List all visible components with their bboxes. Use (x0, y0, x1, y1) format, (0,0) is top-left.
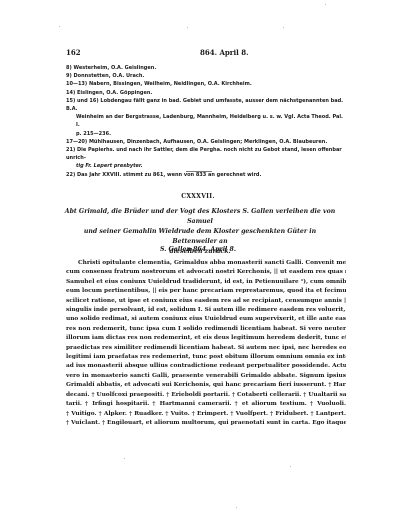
scan-speck (290, 466, 291, 467)
footnote-text: Nabern, Bissingen, Weilheim, Neidlingen,… (89, 81, 252, 87)
title-line: und seiner Gemahlin Wieldrude dem Kloste… (64, 227, 336, 247)
body-line: Christi opitulante clementia, Grimaldus … (66, 259, 346, 268)
scan-speck (59, 26, 60, 27)
footnote: 21) Die Papierhs. und nach ihr Sattler, … (66, 146, 346, 162)
body-line: cum consensu fratrum nostrorum et advoca… (66, 268, 346, 277)
footnote: 8) Westerheim, O.A. Geislingen. (66, 64, 346, 72)
scan-speck (325, 4, 326, 5)
footnote: 17—20) Mühlhausen, Dinzenbach, Aufhausen… (66, 138, 346, 146)
running-head: 864. April 8. (200, 48, 249, 57)
footnote-text: Das Jahr XXVIII. stimmt zu 861, wenn von… (77, 172, 261, 178)
document-page: 162 864. April 8. 8) Westerheim, O.A. Ge… (0, 0, 396, 512)
body-line: Grimaldi abbatis, et advocati sui Kerich… (66, 381, 346, 390)
body-line: † Vuitigo. † Alpker. † Ruadker. † Vuito.… (66, 410, 346, 419)
body-line: illorum iam dictas res non redemerint, e… (66, 334, 346, 343)
footnote-text: Mühlhausen, Dinzenbach, Aufhausen, O.A. … (89, 139, 327, 145)
body-line: praedictas res similiter redimendi licen… (66, 344, 346, 353)
footnote-number: 14) (66, 90, 75, 96)
body-line: singulis inde persolvant, id est, solidu… (66, 306, 346, 315)
body-line: decani. † Uuolfcoxi praepositi. † Eriebo… (66, 391, 346, 400)
footnote-text: Eislingen, O.A. Göppingen. (77, 90, 152, 96)
footnote-number: 10—13) (66, 81, 87, 87)
scan-speck (187, 27, 188, 28)
footnote-italic-text: tig Fr. Lepert presbyter. (76, 163, 143, 169)
body-line: uno solido redimat, si autem coniunx eiu… (66, 315, 346, 324)
footnote: 10—13) Nabern, Bissingen, Weilheim, Neid… (66, 80, 346, 88)
body-line: Samuhel et eius coniunx Uuieldrud tradid… (66, 278, 346, 287)
footnote-text: Die Papierhs. und nach ihr Sattler, dem … (66, 147, 342, 161)
section-divider-rule (186, 171, 212, 172)
title-line: Abt Grimald, die Brüder und der Vogt des… (64, 207, 336, 227)
footnote: 9) Donnstetten, O.A. Urach. (66, 72, 346, 80)
page-number: 162 (66, 48, 81, 57)
body-line: tarii. † Irfingi hospitarii. † Hartmanni… (66, 400, 346, 409)
page-header: 162 864. April 8. (66, 48, 346, 58)
body-line: res non redemerit, tunc ipsa cum I solid… (66, 325, 346, 334)
scan-speck (124, 458, 125, 459)
footnote-text: Westerheim, O.A. Geislingen. (74, 65, 157, 71)
scan-speck (236, 507, 237, 508)
footnote: 14) Eislingen, O.A. Göppingen. (66, 89, 346, 97)
footnotes: 8) Westerheim, O.A. Geislingen. 9) Donns… (66, 64, 346, 179)
footnote-number: 21) (66, 147, 75, 153)
footnote-number: 15) und 16) (66, 98, 99, 104)
scan-speck (283, 27, 284, 28)
footnote-text: Donnstetten, O.A. Urach. (74, 73, 145, 79)
footnote-text: Lobdengau fällt ganz in bad. Gebiet und … (66, 98, 343, 112)
document-number: CXXXVII. (0, 193, 396, 200)
footnote-number: 17—20) (66, 139, 87, 145)
footnote-number: 8) (66, 65, 72, 71)
body-line: vero in monasterio sancti Galli, praesen… (66, 372, 346, 381)
body-line: eum locum pertinentibus, || eis per hanc… (66, 287, 346, 296)
body-line: † Vuiclant. † Engilouart, et aliorum mul… (66, 419, 346, 428)
body-line: ad ius monasterii absque ullius contradi… (66, 362, 346, 371)
dateline: S. Gallen 864. April 8. (0, 246, 396, 253)
footnote-continuation: p. 215—236. (66, 130, 346, 138)
footnote-continuation: Weinheim an der Bergstrasse, Ladenburg, … (66, 113, 346, 129)
footnote-continuation: tig Fr. Lepert presbyter. (66, 162, 346, 170)
footnote-number: 9) (66, 73, 72, 79)
body-line: legitimi iam praefatas res redemerint, t… (66, 353, 346, 362)
charter-body: Christi opitulante clementia, Grimaldus … (66, 259, 346, 428)
footnote-number: 22) (66, 172, 75, 178)
body-line: scilicet ratione, ut ipse et coniunx eiu… (66, 297, 346, 306)
footnote: 15) und 16) Lobdengau fällt ganz in bad.… (66, 97, 346, 113)
